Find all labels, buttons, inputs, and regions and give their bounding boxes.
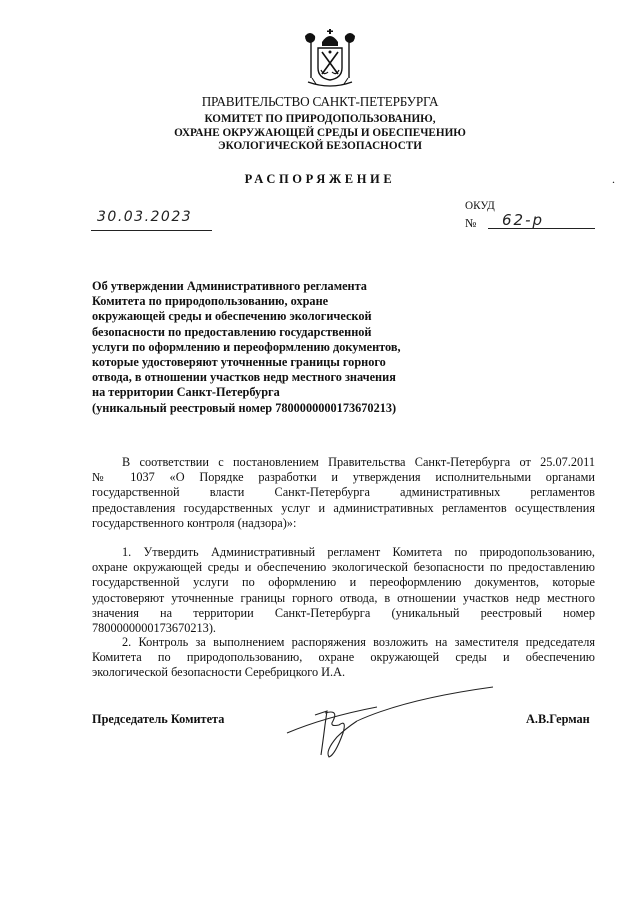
government-title: ПРАВИТЕЛЬСТВО САНКТ-ПЕТЕРБУРГА bbox=[0, 94, 640, 110]
paragraph-line: В соответствии с постановлением Правител… bbox=[92, 455, 595, 470]
subject-line: Комитета по природопользованию, охране bbox=[92, 294, 432, 309]
subject-line: (уникальный реестровый номер 78000000001… bbox=[92, 401, 432, 416]
preamble-paragraph: В соответствии с постановлением Правител… bbox=[92, 455, 595, 531]
paragraph-line: 1. Утвердить Административный регламент … bbox=[92, 545, 595, 560]
handwritten-signature-icon bbox=[285, 685, 495, 765]
paragraph-line: 2. Контроль за выполнением распоряжения … bbox=[92, 635, 595, 650]
paragraph-line: государственной власти Санкт-Петербурга … bbox=[92, 485, 595, 500]
coat-of-arms-icon bbox=[302, 28, 358, 90]
number-sign: № bbox=[465, 216, 476, 231]
subject-line: на территории Санкт-Петербурга bbox=[92, 385, 432, 400]
subject-line: окружающей среды и обеспечению экологиче… bbox=[92, 309, 432, 324]
subject-line: безопасности по предоставлению государст… bbox=[92, 325, 432, 340]
paragraph-line: удостоверяют уточненные границы горного … bbox=[92, 591, 595, 606]
paragraph-line: государственного контроля (надзора)»: bbox=[92, 516, 595, 531]
subject-line: Об утверждении Административного регламе… bbox=[92, 279, 432, 294]
date-field: 30.03.2023 bbox=[91, 210, 212, 231]
committee-line: ЭКОЛОГИЧЕСКОЙ БЕЗОПАСНОСТИ bbox=[0, 140, 640, 154]
document-subject: Об утверждении Административного регламе… bbox=[92, 279, 432, 416]
paragraph-line: 7800000000173670213). bbox=[92, 621, 595, 636]
paragraph-line: Комитета по природопользованию, охране о… bbox=[92, 650, 595, 665]
committee-name: КОМИТЕТ ПО ПРИРОДОПОЛЬЗОВАНИЮ, ОХРАНЕ ОК… bbox=[0, 113, 640, 154]
signatory-position: Председатель Комитета bbox=[92, 712, 224, 727]
document-type-title: РАСПОРЯЖЕНИЕ bbox=[0, 172, 640, 187]
item-1-paragraph: 1. Утвердить Административный регламент … bbox=[92, 545, 595, 636]
handwritten-number: 62-р bbox=[502, 211, 544, 229]
committee-line: ОХРАНЕ ОКРУЖАЮЩЕЙ СРЕДЫ И ОБЕСПЕЧЕНИЮ bbox=[0, 127, 640, 141]
paragraph-line: предоставления государственных услуг и а… bbox=[92, 501, 595, 516]
stray-mark: . bbox=[612, 172, 615, 187]
committee-line: КОМИТЕТ ПО ПРИРОДОПОЛЬЗОВАНИЮ, bbox=[0, 113, 640, 127]
signatory-name: А.В.Герман bbox=[526, 712, 590, 727]
paragraph-line: № 1037 «О Порядке разработки и утвержден… bbox=[92, 470, 595, 485]
subject-line: которые удостоверяют уточненные границы … bbox=[92, 355, 432, 370]
paragraph-line: значения на территории Санкт-Петербурга … bbox=[92, 606, 595, 621]
okud-label: ОКУД bbox=[465, 200, 495, 212]
subject-line: услуги по оформлению и переоформлению до… bbox=[92, 340, 432, 355]
handwritten-date: 30.03.2023 bbox=[97, 209, 192, 225]
paragraph-line: экологической безопасности Серебрицкого … bbox=[92, 665, 595, 680]
paragraph-line: охране окружающей среды и обеспечению эк… bbox=[92, 560, 595, 575]
subject-line: отвода, в отношении участков недр местно… bbox=[92, 370, 432, 385]
paragraph-line: государственной услуги по оформлению и п… bbox=[92, 575, 595, 590]
item-2-paragraph: 2. Контроль за выполнением распоряжения … bbox=[92, 635, 595, 681]
